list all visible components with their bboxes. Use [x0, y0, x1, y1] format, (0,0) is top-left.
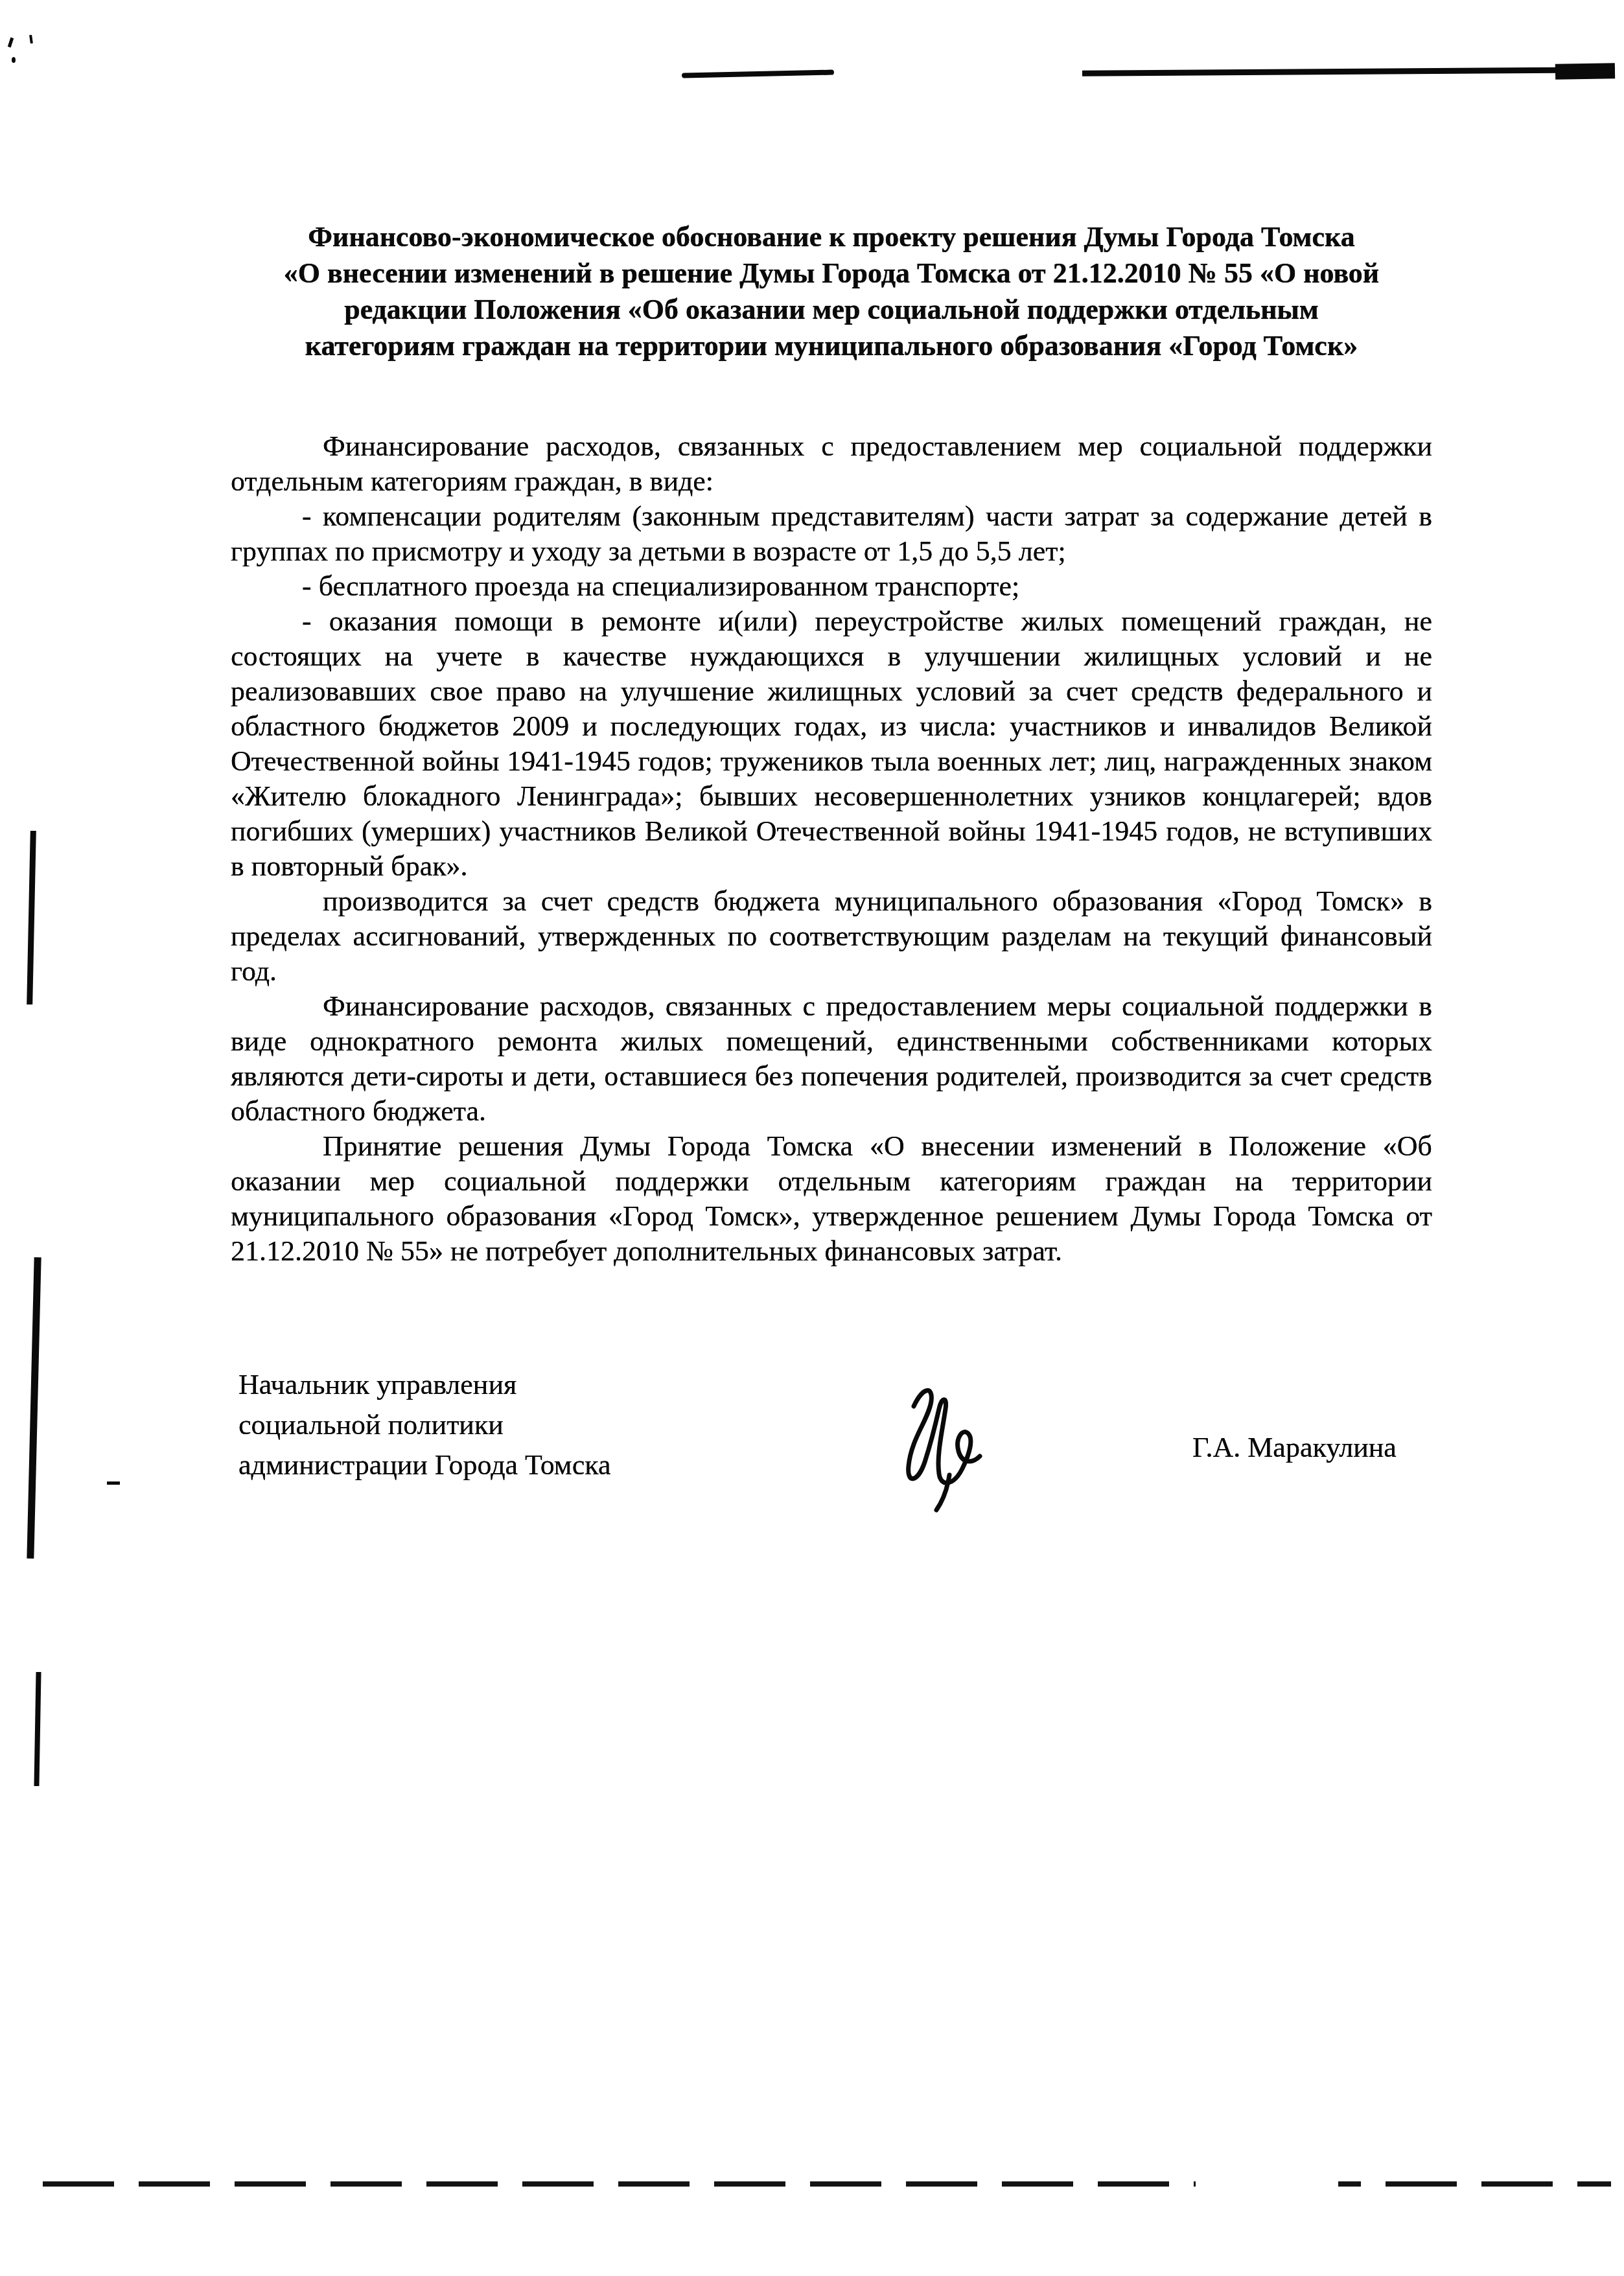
scan-line-top-long — [1082, 67, 1615, 76]
scan-line-top-long-end — [1555, 63, 1615, 80]
scan-speckle — [29, 35, 33, 43]
signatory-title: Начальник управления социальной политики… — [238, 1365, 610, 1485]
scan-speckle — [8, 38, 14, 48]
scan-left-edge-mark — [27, 831, 36, 1004]
scan-bottom-dashed-line-gap — [1196, 2176, 1338, 2190]
paragraph-6: Финансирование расходов, связанных с пре… — [231, 989, 1432, 1129]
document-title: Финансово-экономическое обоснование к пр… — [231, 219, 1432, 364]
signatory-title-line-1: Начальник управления — [238, 1365, 610, 1405]
paragraph-3: - бесплатного проезда на специализирован… — [231, 569, 1432, 604]
paragraph-7: Принятие решения Думы Города Томска «О в… — [231, 1129, 1432, 1269]
paragraph-4: - оказания помощи в ремонте и(или) переу… — [231, 604, 1432, 884]
scan-small-dash — [107, 1481, 120, 1485]
scan-line-top-short — [682, 70, 834, 78]
paragraph-5: производится за счет средств бюджета мун… — [231, 884, 1432, 989]
title-line-4: категориям граждан на территории муницип… — [231, 328, 1432, 364]
title-line-3: редакции Положения «Об оказании мер соци… — [231, 292, 1432, 328]
title-line-1: Финансово-экономическое обоснование к пр… — [231, 219, 1432, 255]
handwritten-signature — [874, 1379, 1003, 1515]
signatory-title-line-3: администрации Города Томска — [238, 1445, 610, 1485]
title-line-2: «О внесении изменений в решение Думы Гор… — [231, 255, 1432, 292]
scan-bottom-dashed-line — [43, 2181, 1611, 2187]
paragraph-2: - компенсации родителям (законным предст… — [231, 499, 1432, 569]
scan-left-edge-mark — [27, 1257, 41, 1559]
signatory-title-line-2: социальной политики — [238, 1405, 610, 1445]
document-body: Финансирование расходов, связанных с пре… — [231, 429, 1432, 1269]
scanned-document-page: Финансово-экономическое обоснование к пр… — [0, 0, 1624, 2276]
paragraph-1: Финансирование расходов, связанных с пре… — [231, 429, 1432, 499]
scan-left-edge-mark — [34, 1672, 41, 1786]
signatory-name: Г.А. Маракулина — [1192, 1431, 1397, 1464]
scan-speckle — [12, 57, 16, 63]
